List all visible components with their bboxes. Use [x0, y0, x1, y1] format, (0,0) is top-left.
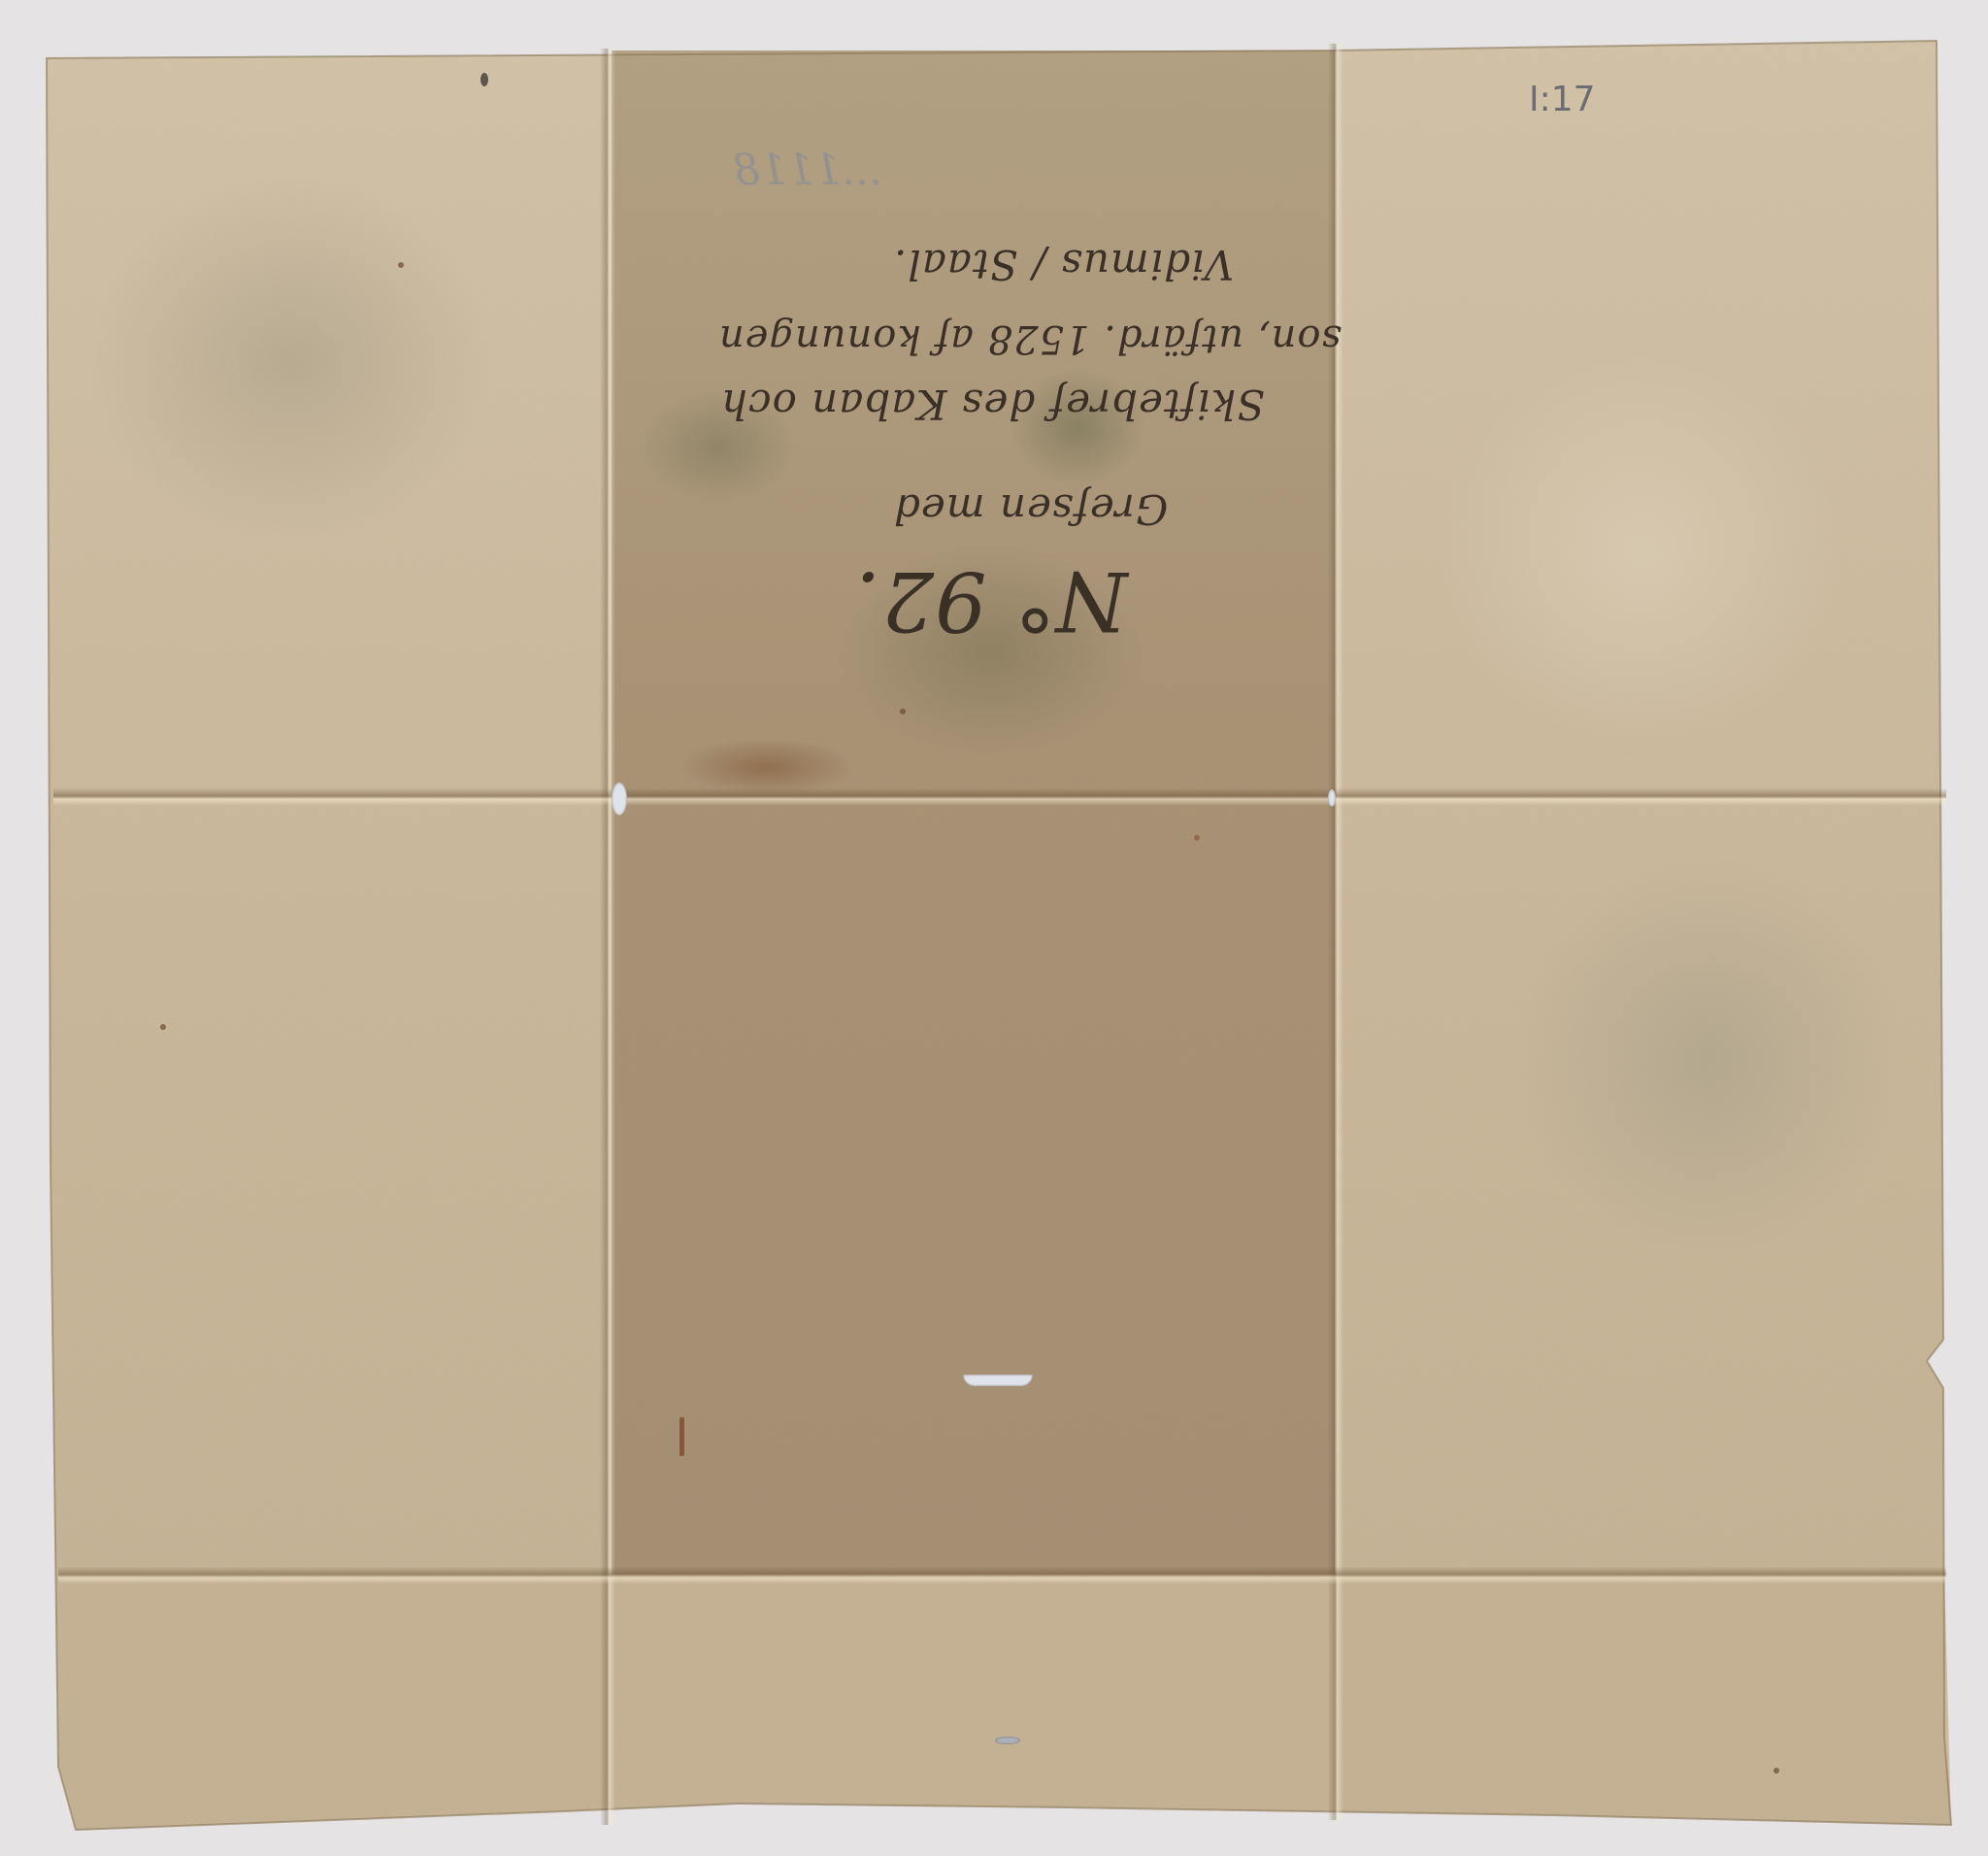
ink-speck — [679, 1417, 684, 1456]
ink-speck — [1773, 1768, 1779, 1773]
tear-slit — [963, 1375, 1033, 1386]
endorsement-line-2: son, utfärd. 1528 af konungen — [718, 316, 1342, 361]
ink-speck — [480, 73, 488, 86]
tear-slit — [995, 1737, 1020, 1744]
ink-speck — [900, 709, 906, 714]
endorsement-line-1: Vidimus / Staal. — [893, 241, 1234, 288]
archive-shelfmark: I:17 — [1529, 80, 1596, 119]
endorsement-line-4: Grefsen med — [893, 485, 1168, 533]
faded-pencil-note: ...1118 — [733, 146, 882, 195]
scanned-document: I:17 ...1118 Vidimus / Staal. son, utfär… — [0, 0, 1988, 1856]
pin-hole — [612, 782, 627, 815]
ink-speck — [398, 262, 404, 268]
pin-hole — [1328, 789, 1336, 807]
ink-speck — [160, 1024, 166, 1030]
ink-speck — [1194, 835, 1200, 841]
endorsement-line-3: Skiftebref des Kaban och — [720, 381, 1265, 428]
endorsement-number: N° 92. — [854, 553, 1128, 648]
